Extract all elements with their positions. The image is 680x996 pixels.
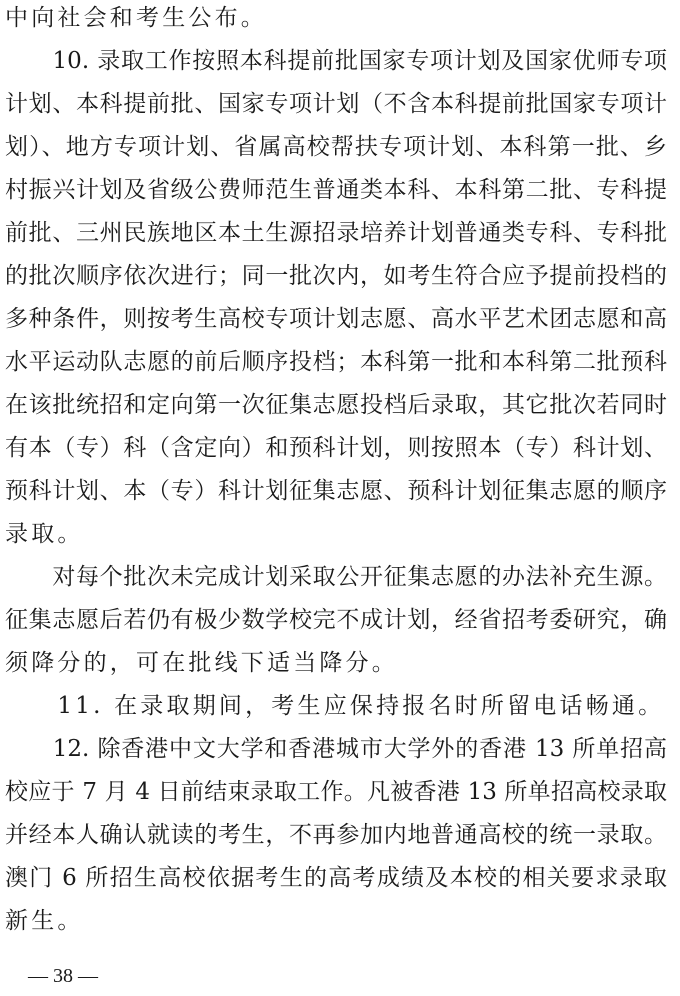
text-line: 中向社会和考生公布。 <box>5 0 667 43</box>
text-line: 11. 在录取期间，考生应保持报名时所留电话畅通。 <box>5 688 667 731</box>
text-line: 录取。 <box>5 516 667 559</box>
text-line: 划）、地方专项计划、省属高校帮扶专项计划、本科第一批、乡 <box>5 129 667 172</box>
text-line: 对每个批次未完成计划采取公开征集志愿的办法补充生源。 <box>5 559 667 602</box>
text-line: 计划、本科提前批、国家专项计划（不含本科提前批国家专项计 <box>5 86 667 129</box>
text-line: 水平运动队志愿的前后顺序投档；本科第一批和本科第二批预科 <box>5 344 667 387</box>
text-line: 12. 除香港中文大学和香港城市大学外的香港 13 所单招高 <box>5 731 667 774</box>
text-line: 并经本人确认就读的考生，不再参加内地普通高校的统一录取。 <box>5 817 667 860</box>
text-line: 在该批统招和定向第一次征集志愿投档后录取，其它批次若同时 <box>5 387 667 430</box>
text-line: 澳门 6 所招生高校依据考生的高考成绩及本校的相关要求录取 <box>5 860 667 903</box>
text-line: 征集志愿后若仍有极少数学校完不成计划，经省招考委研究，确 <box>5 602 667 645</box>
text-line: 预科计划、本（专）科计划征集志愿、预科计划征集志愿的顺序 <box>5 473 667 516</box>
text-line: 校应于 7 月 4 日前结束录取工作。凡被香港 13 所单招高校录取 <box>5 774 667 817</box>
text-line: 10. 录取工作按照本科提前批国家专项计划及国家优师专项 <box>5 43 667 86</box>
text-line: 的批次顺序依次进行；同一批次内，如考生符合应予提前投档的 <box>5 258 667 301</box>
text-line: 多种条件，则按考生高校专项计划志愿、高水平艺术团志愿和高 <box>5 301 667 344</box>
text-line: 前批、三州民族地区本土生源招录培养计划普通类专科、专科批 <box>5 215 667 258</box>
text-line: 有本（专）科（含定向）和预科计划，则按照本（专）科计划、 <box>5 430 667 473</box>
page-number: — 38 — <box>28 962 98 990</box>
text-line: 新生。 <box>5 903 667 946</box>
text-line: 须降分的，可在批线下适当降分。 <box>5 645 667 688</box>
text-line: 村振兴计划及省级公费师范生普通类本科、本科第二批、专科提 <box>5 172 667 215</box>
